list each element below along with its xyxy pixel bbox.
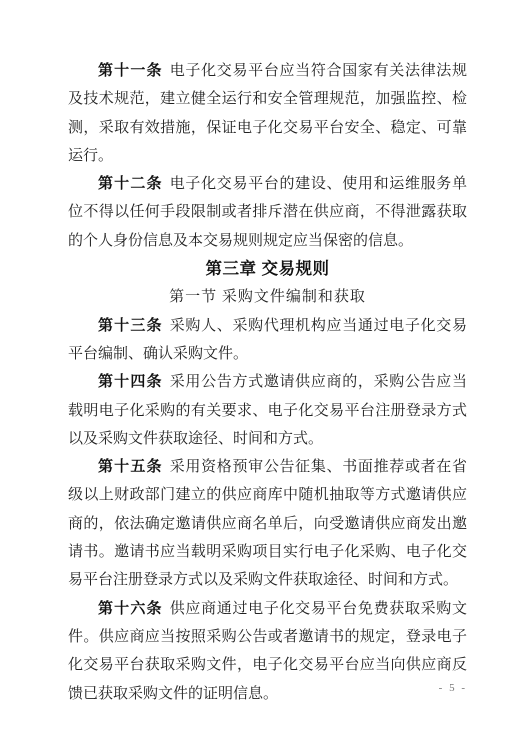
article-paragraph: 第十四条采用公告方式邀请供应商的，采购公告应当载明电子化采购的有关要求、电子化交… xyxy=(68,368,467,453)
article-paragraph: 第十一条电子化交易平台应当符合国家有关法律法规及技术规范，建立健全运行和安全管理… xyxy=(68,57,467,170)
article-paragraph: 第十五条采用资格预审公告征集、书面推荐或者在省级以上财政部门建立的供应商库中随机… xyxy=(68,453,467,594)
article-paragraph: 第十三条采购人、采购代理机构应当通过电子化交易平台编制、确认采购文件。 xyxy=(68,312,467,369)
article-number-label: 第十二条 xyxy=(98,175,163,192)
section-heading: 第一节 采购文件编制和获取 xyxy=(68,283,467,311)
article-number-label: 第十三条 xyxy=(98,317,163,334)
document-body: 第十一条电子化交易平台应当符合国家有关法律法规及技术规范，建立健全运行和安全管理… xyxy=(68,57,467,708)
article-number-label: 第十一条 xyxy=(98,62,163,79)
article-number-label: 第十四条 xyxy=(98,373,163,390)
article-paragraph: 第十二条电子化交易平台的建设、使用和运维服务单位不得以任何手段限制或者排斥潜在供… xyxy=(68,170,467,255)
document-page: 第十一条电子化交易平台应当符合国家有关法律法规及技术规范，建立健全运行和安全管理… xyxy=(0,0,531,742)
page-number: - 5 - xyxy=(439,680,467,696)
chapter-heading: 第三章 交易规则 xyxy=(68,255,467,283)
article-number-label: 第十六条 xyxy=(98,600,163,617)
article-paragraph: 第十六条供应商通过电子化交易平台免费获取采购文件。供应商应当按照采购公告或者邀请… xyxy=(68,595,467,708)
article-number-label: 第十五条 xyxy=(98,458,163,475)
article-text: 采用资格预审公告征集、书面推荐或者在省级以上财政部门建立的供应商库中随机抽取等方… xyxy=(68,459,467,588)
